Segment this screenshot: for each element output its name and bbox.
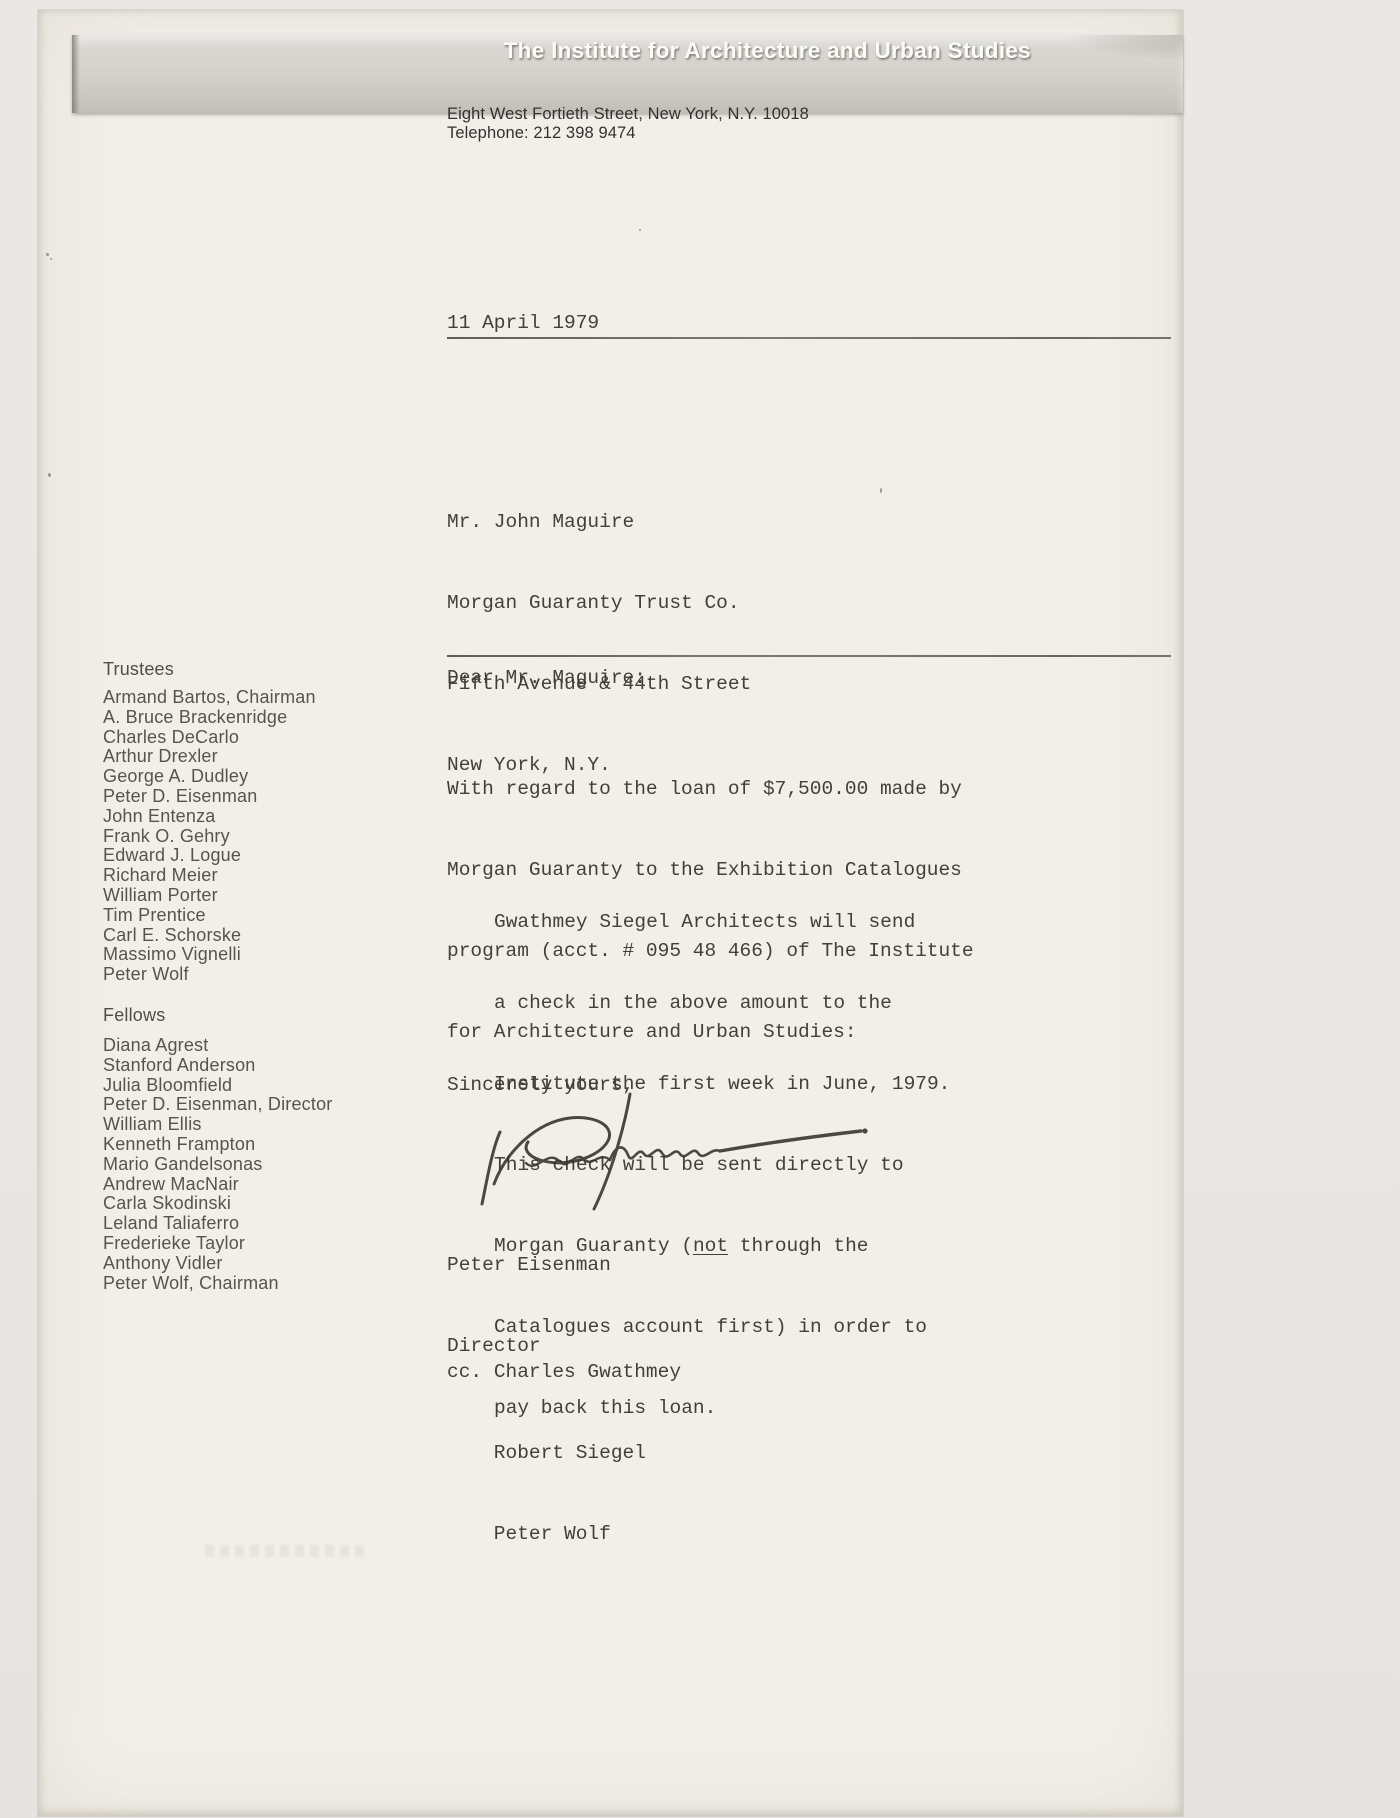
letterhead-band: The Institute for Architecture and Urban… [72,35,1183,113]
fellow-item: Kenneth Frampton [103,1135,332,1155]
scan-speck [639,229,641,231]
cc-name: Robert Siegel [447,1440,681,1467]
fellow-item: Andrew MacNair [103,1175,332,1195]
fellow-item: Frederieke Taylor [103,1234,332,1254]
fellow-item: Peter D. Eisenman, Director [103,1095,332,1115]
underlined-word: not [693,1235,728,1257]
body-line: a check in the above amount to the [494,990,950,1017]
fellow-item: Diana Agrest [103,1036,332,1056]
trustee-item: A. Bruce Brackenridge [103,708,316,728]
cc-block: cc. Charles Gwathmey Robert Siegel Peter… [447,1305,681,1602]
trustee-item: Charles DeCarlo [103,728,316,748]
cc-name: Charles Gwathmey [494,1361,681,1383]
trustees-heading: Trustees [103,660,174,680]
trustee-item: Frank O. Gehry [103,827,316,847]
address-street: Eight West Fortieth Street, New York, N.… [447,105,809,124]
signer-name: Peter Eisenman [447,1252,611,1279]
letterhead-address: Eight West Fortieth Street, New York, N.… [447,105,809,143]
trustee-item: George A. Dudley [103,767,316,787]
cc-line: cc. Charles Gwathmey [447,1359,681,1386]
trustee-item: Carl E. Schorske [103,926,316,946]
fellow-item: Mario Gandelsonas [103,1155,332,1175]
fellow-item: Carla Skodinski [103,1194,332,1214]
fellow-item: Stanford Anderson [103,1056,332,1076]
letter-paper: The Institute for Architecture and Urban… [38,10,1183,1816]
fellow-item: Leland Taliaferro [103,1214,332,1234]
trustee-item: Edward J. Logue [103,846,316,866]
bleed-through-smudge [205,1545,365,1557]
trustee-item: Arthur Drexler [103,747,316,767]
trustee-item: Peter D. Eisenman [103,787,316,807]
fellow-item: Peter Wolf, Chairman [103,1274,332,1294]
trustee-item: William Porter [103,886,316,906]
salutation-rule [447,655,1171,657]
scan-speck [48,473,51,477]
recipient-line: Morgan Guaranty Trust Co. [447,590,751,617]
scan-speck [46,253,49,256]
trustee-item: Richard Meier [103,866,316,886]
body-line: With regard to the loan of $7,500.00 mad… [447,776,974,803]
trustee-item: Armand Bartos, Chairman [103,688,316,708]
scan-speck [880,488,882,493]
salutation: Dear Mr. Maguire: [447,665,646,692]
address-telephone: Telephone: 212 398 9474 [447,124,809,143]
recipient-line: Mr. John Maguire [447,509,751,536]
fellow-item: Julia Bloomfield [103,1076,332,1096]
date-rule [447,337,1171,339]
trustees-list: Armand Bartos, Chairman A. Bruce Bracken… [103,688,316,985]
institute-title: The Institute for Architecture and Urban… [504,38,1031,64]
fellows-heading: Fellows [103,1006,165,1026]
scan-speck [50,258,52,260]
cc-label: cc. [447,1361,494,1383]
trustee-item: Massimo Vignelli [103,945,316,965]
fellows-list: Diana Agrest Stanford Anderson Julia Blo… [103,1036,332,1293]
scanned-letter-page: { "header": { "band_title": "The Institu… [0,0,1400,1818]
fellow-item: Anthony Vidler [103,1254,332,1274]
fellow-item: William Ellis [103,1115,332,1135]
cc-name: Peter Wolf [447,1521,681,1548]
underline-suffix: through the [728,1235,868,1257]
letter-date: 11 April 1979 [447,310,599,337]
trustee-item: Tim Prentice [103,906,316,926]
trustee-item: Peter Wolf [103,965,316,985]
body-line: Gwathmey Siegel Architects will send [494,909,950,936]
trustee-item: John Entenza [103,807,316,827]
